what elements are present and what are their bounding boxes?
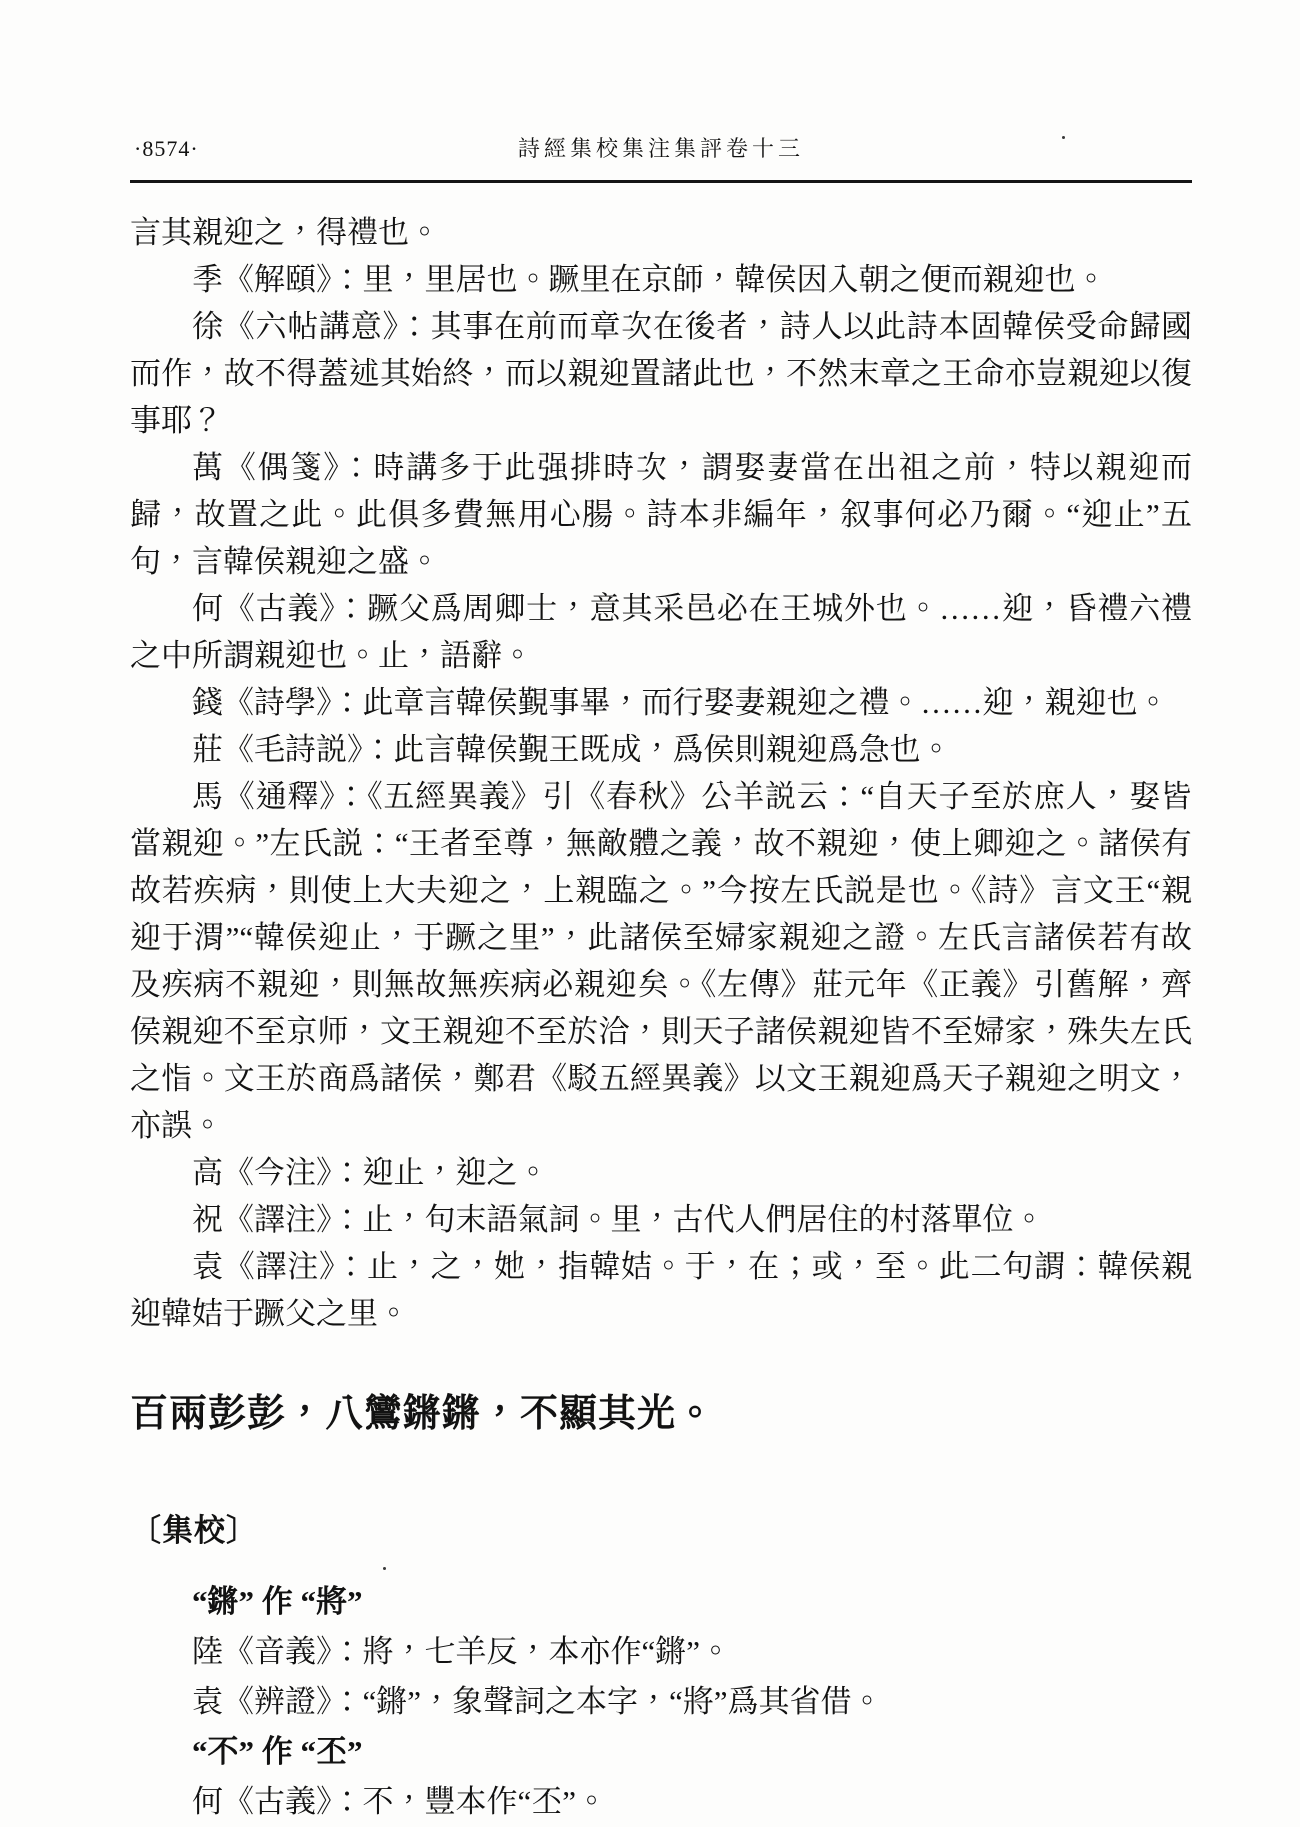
- commentary-paragraph: 馬《通釋》：《五經異義》引《春秋》公羊説云：“自天子至於庶人，娶皆當親迎。”左氏…: [130, 773, 1192, 1149]
- commentary-paragraph: 徐《六帖講意》：其事在前而章次在後者，詩人以此詩本固韓侯受命歸國而作，故不得蓋述…: [130, 303, 1192, 444]
- jixiao-entry: “鏘” 作 “將”: [130, 1577, 1192, 1627]
- commentary-paragraph: 言其親迎之，得禮也。: [130, 209, 1192, 256]
- header-rule: [130, 180, 1192, 183]
- commentary-section: 言其親迎之，得禮也。季《解頤》：里，里居也。蹶里在京師，韓侯因入朝之便而親迎也。…: [130, 209, 1192, 1337]
- running-head: ·8574· 詩經集校集注集評卷十三: [130, 132, 1192, 166]
- commentary-paragraph: 祝《譯注》：止，句末語氣詞。里，古代人們居住的村落單位。: [130, 1196, 1192, 1243]
- section-header-jixiao: 〔集校〕: [130, 1511, 1192, 1551]
- commentary-paragraph: 高《今注》：迎止，迎之。: [130, 1149, 1192, 1196]
- commentary-paragraph: 袁《譯注》：止，之，她，指韓姞。于，在；或，至。此二句謂：韓侯親迎韓姞于蹶父之里…: [130, 1243, 1192, 1337]
- commentary-paragraph: 何《古義》：蹶父爲周卿士，意其采邑必在王城外也。……迎，昏禮六禮之中所謂親迎也。…: [130, 585, 1192, 679]
- verse-line: 百兩彭彭，八鸞鏘鏘，不顯其光。: [130, 1391, 1192, 1437]
- commentary-paragraph: 錢《詩學》：此章言韓侯覲事畢，而行娶妻親迎之禮。……迎，親迎也。: [130, 679, 1192, 726]
- commentary-paragraph: 萬《偶箋》：時講多于此强排時次，謂娶妻當在出祖之前，特以親迎而歸，故置之此。此俱…: [130, 444, 1192, 585]
- commentary-paragraph: 季《解頤》：里，里居也。蹶里在京師，韓侯因入朝之便而親迎也。: [130, 256, 1192, 303]
- jixiao-entries: “鏘” 作 “將”陸《音義》：將，七羊反，本亦作“鏘”。袁《辨證》：“鏘”，象聲…: [130, 1577, 1192, 1827]
- scan-speck: [1062, 136, 1065, 139]
- page-number: ·8574·: [134, 132, 199, 166]
- scan-speck: [545, 478, 548, 481]
- book-page: ·8574· 詩經集校集注集評卷十三 言其親迎之，得禮也。季《解頤》：里，里居也…: [0, 0, 1300, 1827]
- jixiao-entry: 陸《音義》：將，七羊反，本亦作“鏘”。: [130, 1627, 1192, 1677]
- jixiao-entry: “不” 作 “丕”: [130, 1727, 1192, 1777]
- jixiao-entry: 何《古義》：不，豐本作“丕”。: [130, 1777, 1192, 1827]
- commentary-paragraph: 莊《毛詩説》：此言韓侯覲王既成，爲侯則親迎爲急也。: [130, 726, 1192, 773]
- scan-speck: [383, 1567, 386, 1570]
- jixiao-entry: 袁《辨證》：“鏘”，象聲詞之本字，“將”爲其省借。: [130, 1677, 1192, 1727]
- page-title: 詩經集校集注集評卷十三: [518, 132, 804, 166]
